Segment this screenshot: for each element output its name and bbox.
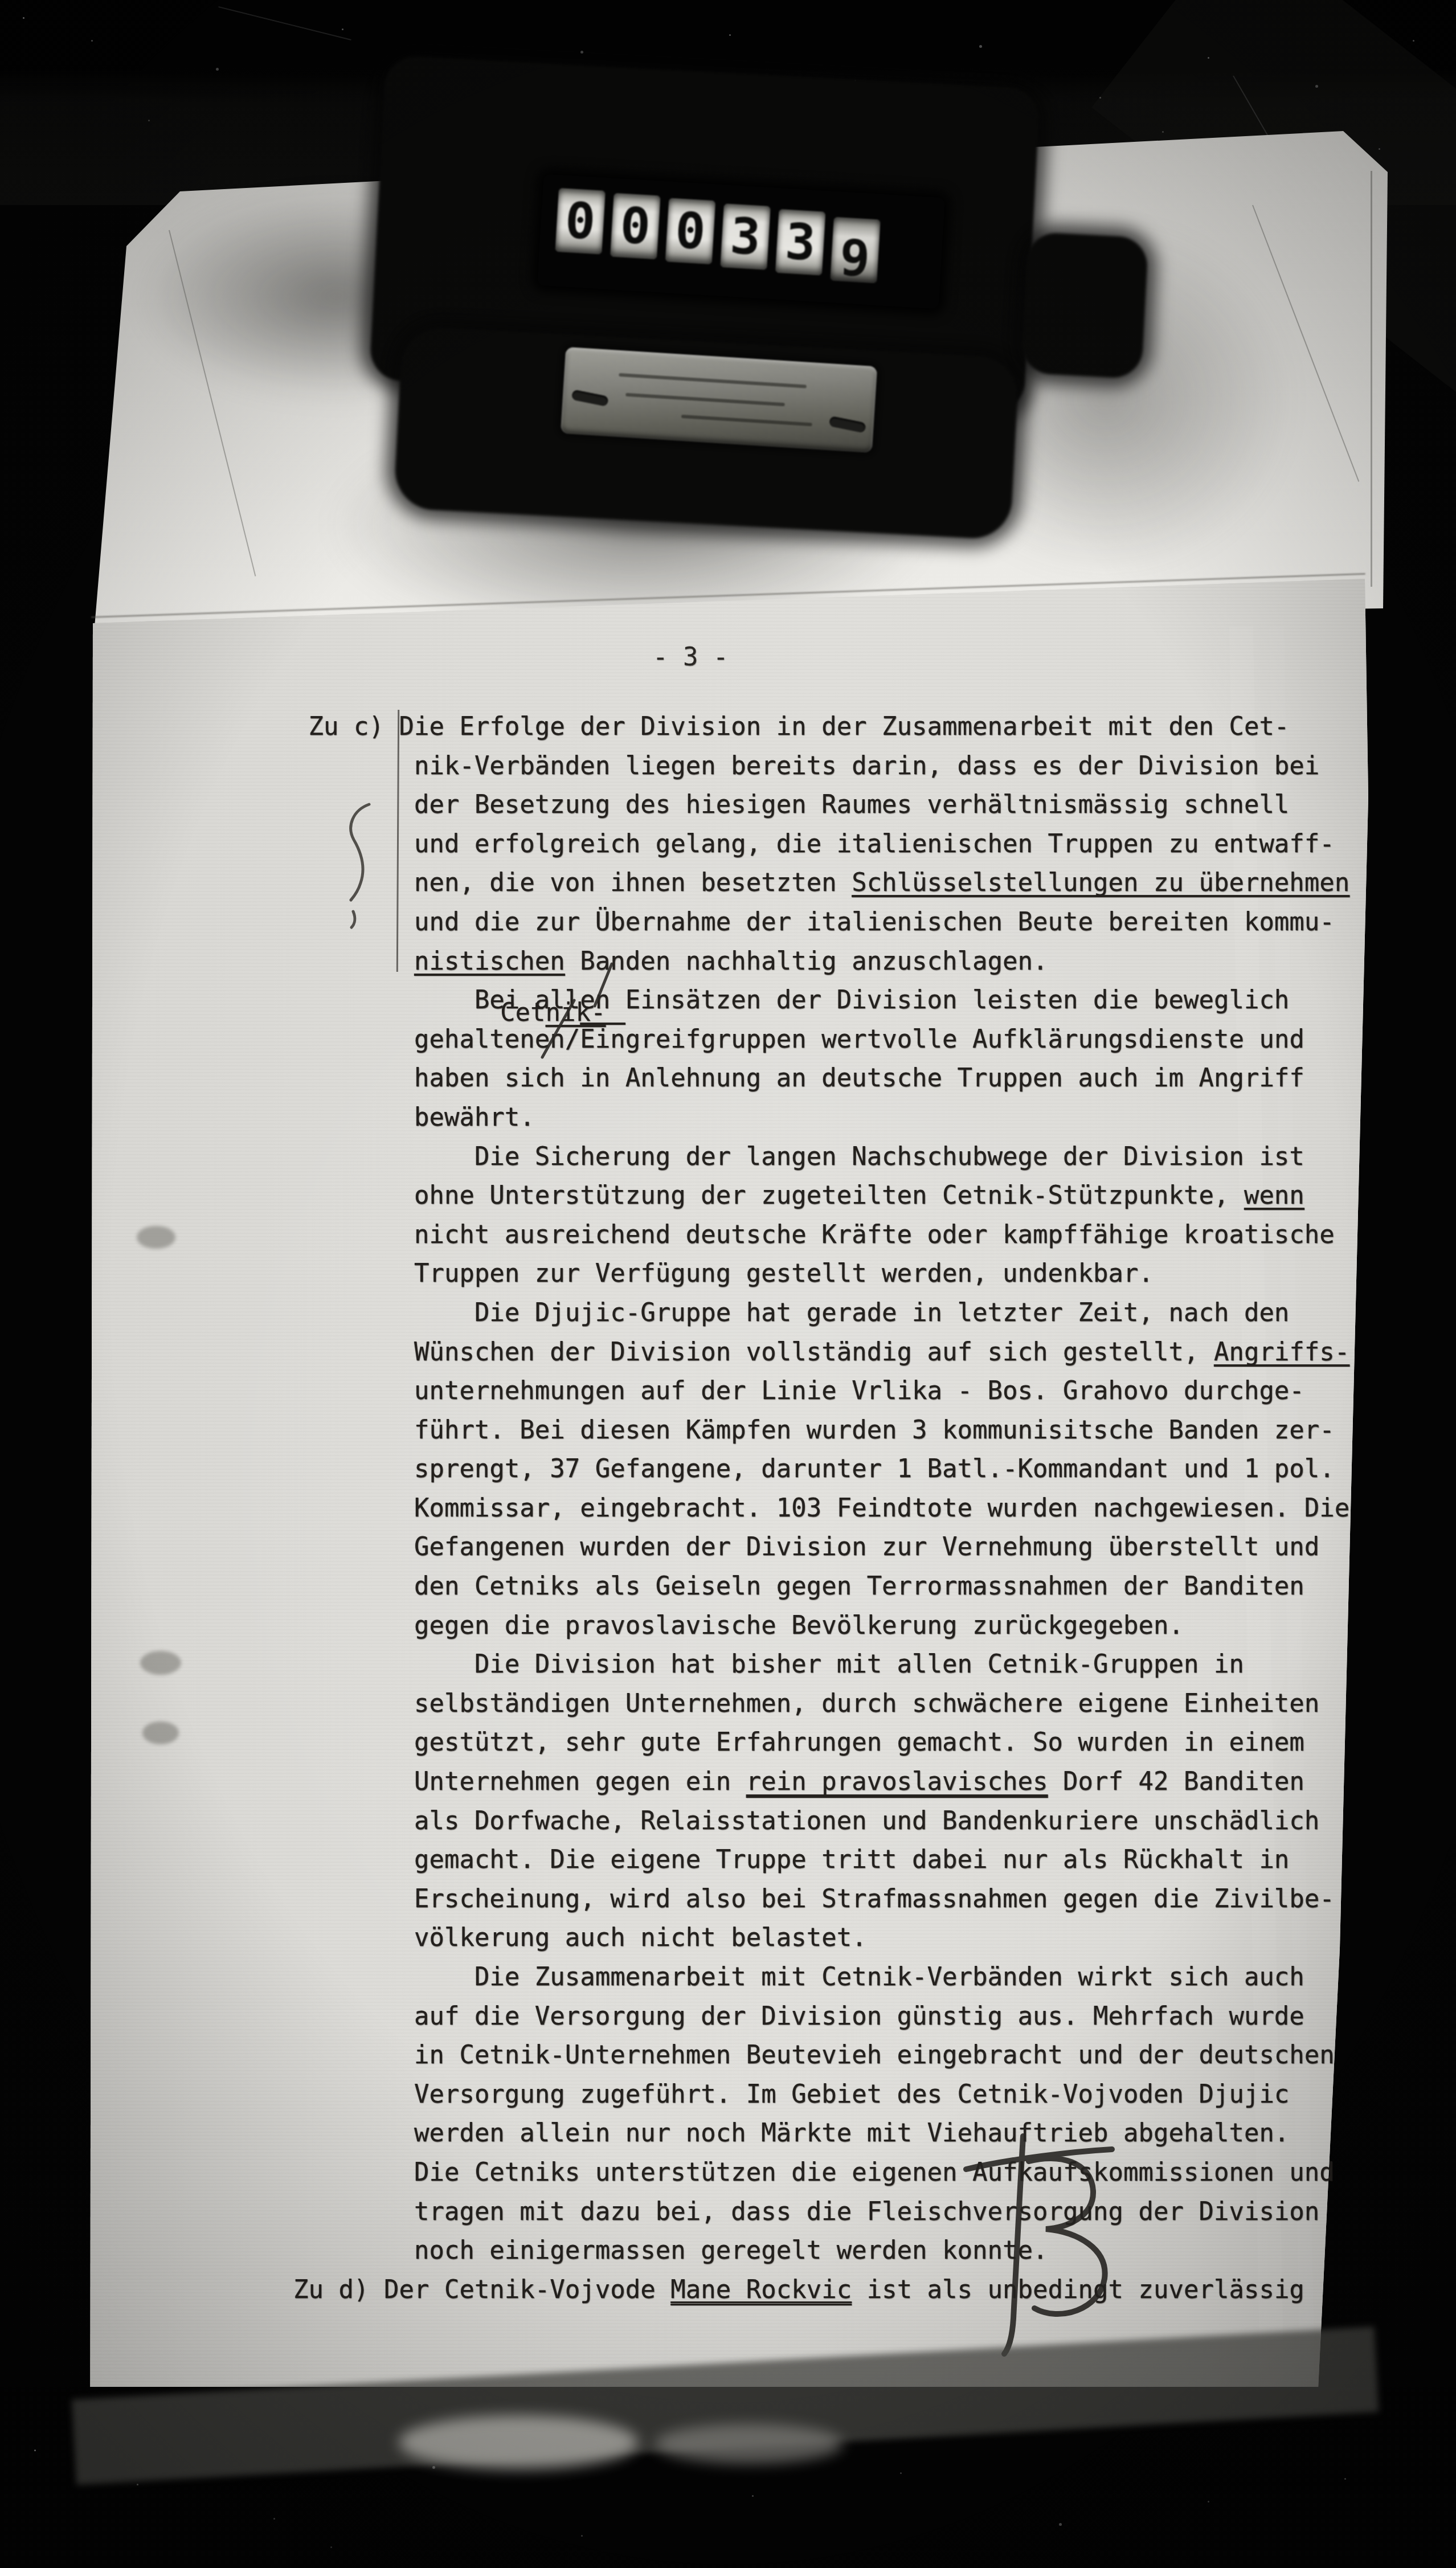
stain-dot (137, 1226, 175, 1249)
stain-dot (140, 1651, 181, 1675)
blurred-object (399, 2415, 638, 2469)
handwritten-b-mark (966, 2136, 1112, 2354)
handwritten-marks-layer (0, 0, 1456, 2568)
insertion-slash-icon (542, 964, 612, 1057)
dust-specks-bottom (34, 2450, 36, 2451)
stain-dot (142, 1721, 179, 1744)
margin-squiggle-mark (351, 804, 369, 927)
scanned-document-photo: 000339 - 3 - Zu c) Die Erfolge der Divis… (0, 0, 1456, 2568)
blurred-object (655, 2424, 843, 2464)
